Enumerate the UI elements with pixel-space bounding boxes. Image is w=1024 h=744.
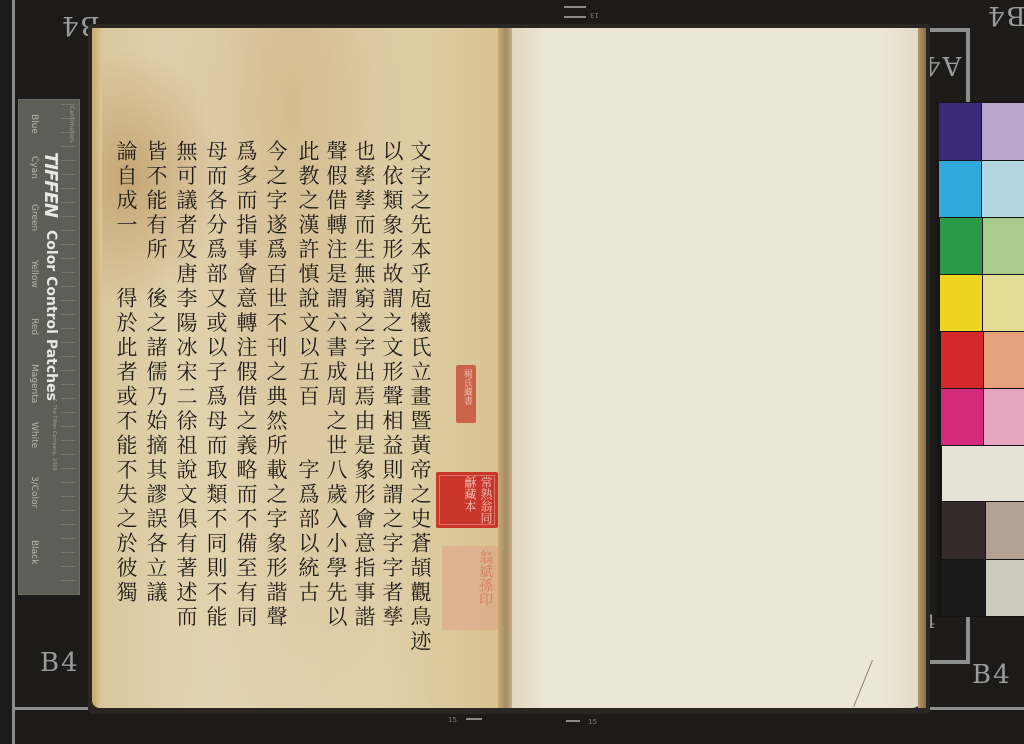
patch-magenta-dark — [941, 389, 983, 445]
patch-label: Yellow — [29, 260, 39, 288]
ruler-number-bottom-left: 15 — [448, 716, 457, 724]
ruler-tick-top — [564, 6, 586, 8]
tiffen-color-control-strip: Centimeters TIFFEN Color Control Patches… — [18, 99, 80, 595]
collector-seal-faded: 翁斌孫印 — [442, 546, 500, 630]
patch-red-dark — [941, 332, 983, 388]
text-column-7: 爲多而指事會意轉注假借之義略而不備至有同 — [232, 140, 259, 630]
text-column-11: 論自成一 得於此者或不能不失之於彼獨 — [112, 140, 139, 606]
guide-label-b4-top-right: B4 — [986, 0, 1024, 30]
guide-line-left — [12, 0, 15, 744]
patch-label: Green — [29, 204, 39, 231]
collector-seal-square: 常熟翁同龢藏本 — [436, 472, 498, 528]
guide-label-b4-bottom-right: B4 — [972, 660, 1012, 690]
guide-label-b4-bottom-left: B4 — [40, 648, 80, 678]
patch-magenta-light — [984, 389, 1024, 445]
text-column-2: 以依類象形故謂之文形聲相益則謂之字字者孳 — [378, 140, 405, 630]
guide-line-a4-bottom — [928, 660, 970, 664]
patch-cyan-dark — [939, 161, 981, 217]
text-column-6: 今之字遂爲百世不刊之典然所載之字象形諧聲 — [262, 140, 289, 630]
patch-black-light — [986, 560, 1024, 616]
text-column-9: 無可議者及唐李陽冰宋二徐祖說文俱有著述而 — [172, 140, 199, 630]
tiffen-unit-label: Centimeters — [68, 106, 75, 143]
tiffen-brand-logo: TIFFEN — [40, 152, 61, 217]
left-page-edge — [92, 28, 102, 708]
patch-3color-light — [986, 502, 1024, 559]
patch-label: 3/Color — [29, 476, 39, 508]
patch-cyan-light — [982, 161, 1024, 217]
patch-white — [942, 446, 1024, 501]
ruler-number-bottom-right: 15 — [588, 718, 597, 726]
text-column-8: 母而各分爲部又或以子爲母而取類不同則不能 — [202, 140, 229, 630]
patch-green-light — [983, 218, 1024, 274]
text-column-10: 皆不能有所 後之諸儒乃始摘其謬誤各立議 — [142, 140, 169, 606]
ruler-tick-bottom-right — [566, 720, 580, 722]
collector-seal-small: 楊氏藏書 — [456, 365, 476, 423]
tiffen-copyright: © The Tiffen Company, 2000 — [51, 398, 57, 471]
patch-label: Red — [29, 318, 39, 335]
patch-green-dark — [940, 218, 982, 274]
text-column-3: 也孳孳而生無窮之字出焉由是象形會意指事諧 — [350, 140, 377, 630]
tiffen-title: Color Control Patches — [43, 230, 59, 401]
patch-blue-light — [982, 103, 1024, 160]
text-column-4: 聲假借轉注是謂六書成周之世八歲入小學先以 — [322, 140, 349, 630]
patch-label: Black — [29, 540, 39, 564]
patch-red-light — [984, 332, 1024, 388]
patch-blue-dark — [939, 103, 981, 160]
patch-yellow-light — [983, 275, 1024, 331]
ruler-number-top: 13 — [590, 11, 599, 19]
patch-3color-dark — [942, 502, 985, 559]
right-page-blank — [512, 28, 922, 708]
patch-black-dark — [942, 560, 985, 616]
tiffen-strip-rotated-content: Centimeters TIFFEN Color Control Patches… — [19, 100, 79, 594]
patch-yellow-dark — [940, 275, 982, 331]
patch-label: Magenta — [29, 364, 39, 403]
text-column-5: 此教之漢許慎說文以五百 字爲部以統古 — [294, 140, 321, 606]
patch-label: White — [29, 422, 39, 448]
patch-label: Blue — [29, 114, 39, 134]
right-page-edge — [918, 28, 926, 708]
tiffen-patch-labels: Blue Cyan Green Yellow Red Magenta White… — [23, 100, 39, 594]
ruler-tick-bottom-left — [466, 718, 482, 720]
color-checker-card — [937, 102, 1024, 617]
patch-label: Cyan — [29, 156, 39, 179]
text-column-1: 文字之先本乎庖犧氏立畫暨黃帝之史蒼頡觀鳥迹 — [406, 140, 433, 655]
ruler-tick-top-2 — [564, 16, 586, 18]
